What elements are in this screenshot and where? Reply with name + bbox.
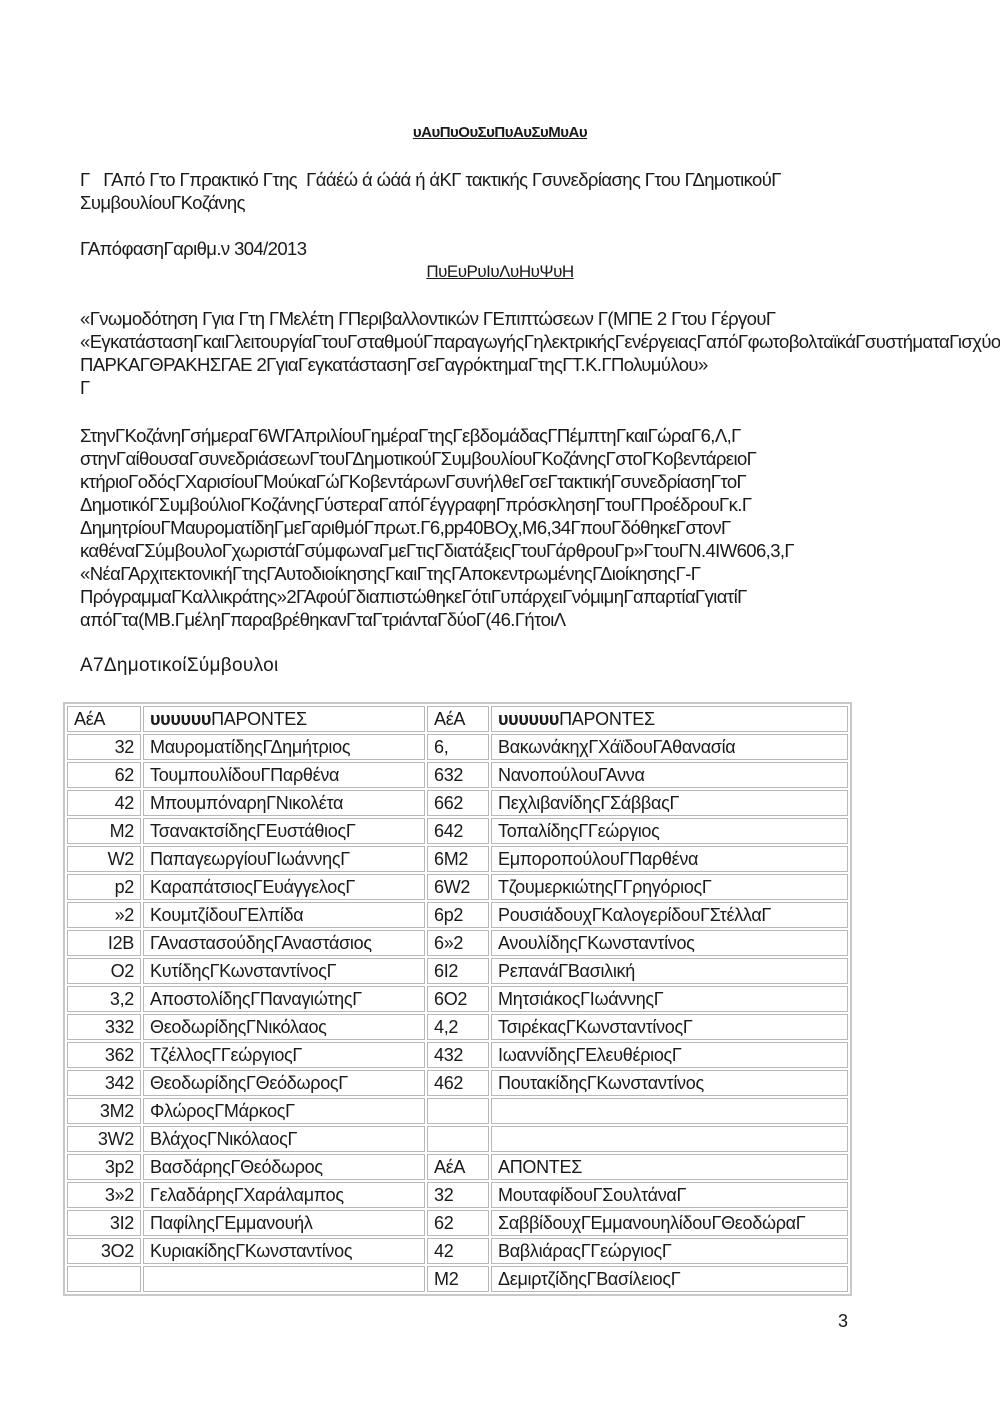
member-number: p2 [67,874,141,900]
member-name: ΡεπανάΓΒασιλική [491,958,848,984]
section-heading: Α7ΔημοτικοίΣύμβουλοι [80,655,279,677]
member-number: 6W2 [427,874,489,900]
table-row: Ο2ΚυτίδηςΓΚωνσταντίνοςΓ6Ι2ΡεπανάΓΒασιλικ… [67,958,848,984]
member-number: 642 [427,818,489,844]
member-number: 342 [67,1070,141,1096]
member-number: Μ2 [67,818,141,844]
member-number: 3Μ2 [67,1098,141,1124]
member-name: ΚυτίδηςΓΚωνσταντίνοςΓ [143,958,425,984]
table-row: Μ2ΔεμιρτζίδηςΓΒασίλειοςΓ [67,1266,848,1292]
member-number: »2 [67,902,141,928]
num-header-right: ΑέΑ [427,706,489,732]
member-name: ΜουταφίδουΓΣουλτάναΓ [491,1182,848,1208]
table-row: 332ΘεοδωρίδηςΓΝικόλαος4,2ΤσιρέκαςΓΚωνστα… [67,1014,848,1040]
member-number: 42 [67,790,141,816]
member-name: ΤσανακτσίδηςΓΕυστάθιοςΓ [143,818,425,844]
member-number [427,1126,489,1152]
member-name: ΜητσιάκοςΓΙωάννηςΓ [491,986,848,1012]
table-row: 342ΘεοδωρίδηςΓΘεόδωροςΓ462ΠουτακίδηςΓΚων… [67,1070,848,1096]
member-number: 6Ο2 [427,986,489,1012]
member-name [491,1126,848,1152]
header-label: ΠΑΡΟΝΤΕΣ [211,709,307,729]
header-prefix: υυυυυυ [498,709,559,729]
table-row: 62ΤουμπουλίδουΓΠαρθένα632ΝανοπούλουΓΑννα [67,762,848,788]
member-number: 6»2 [427,930,489,956]
table-row: Μ2ΤσανακτσίδηςΓΕυστάθιοςΓ642ΤοπαλίδηςΓΓε… [67,818,848,844]
table-row: 3Ο2ΚυριακίδηςΓΚωνσταντίνος42ΒαβλιάραςΓΓε… [67,1238,848,1264]
member-name: ΚυριακίδηςΓΚωνσταντίνος [143,1238,425,1264]
member-number: 6Ι2 [427,958,489,984]
header-label: ΠΑΡΟΝΤΕΣ [559,709,655,729]
member-name: ΜπουμπόναρηΓΝικολέτα [143,790,425,816]
member-name: ΙωαννίδηςΓΕλευθέριοςΓ [491,1042,848,1068]
member-name: ΓελαδάρηςΓΧαράλαμπος [143,1182,425,1208]
present-header-left: υυυυυυΠΑΡΟΝΤΕΣ [143,706,425,732]
member-name [143,1266,425,1292]
session-paragraph: ΣτηνΓΚοζάνηΓσήμεραΓ6WΓΑπριλίουΓημέραΓτης… [80,424,880,631]
table-row: 3W2ΒλάχοςΓΝικόλαοςΓ [67,1126,848,1152]
document-page: υΑυΠυΟυΣυΠυΑυΣυΜυΑυ Γ ΓΑπό Γτο Γπρακτικό… [0,0,1000,1415]
table-header-row: ΑέΑ υυυυυυΠΑΡΟΝΤΕΣ ΑέΑ υυυυυυΠΑΡΟΝΤΕΣ [67,706,848,732]
present-header-right: υυυυυυΠΑΡΟΝΤΕΣ [491,706,848,732]
member-name: ΤουμπουλίδουΓΠαρθένα [143,762,425,788]
member-name: ΚουμτζίδουΓΕλπίδα [143,902,425,928]
decision-number: ΓΑπόφασηΓαριθμ.ν 304/2013 [80,237,880,260]
member-name: ΚαραπάτσιοςΓΕυάγγελοςΓ [143,874,425,900]
header-prefix: υυυυυυ [150,709,211,729]
table-row: 42ΜπουμπόναρηΓΝικολέτα662ΠεχλιβανίδηςΓΣά… [67,790,848,816]
member-number: 3Ι2 [67,1210,141,1236]
member-name: ΒασδάρηςΓΘεόδωρος [143,1154,425,1180]
member-name: ΦλώροςΓΜάρκοςΓ [143,1098,425,1124]
table-row: 3p2ΒασδάρηςΓΘεόδωροςΑέΑΑΠΟΝΤΕΣ [67,1154,848,1180]
member-name: ΠαπαγεωργίουΓΙωάννηςΓ [143,846,425,872]
member-name [491,1098,848,1124]
member-number: 6Μ2 [427,846,489,872]
member-name: ΠαφίληςΓΕμμανουήλ [143,1210,425,1236]
member-name: ΝανοπούλουΓΑννα [491,762,848,788]
council-members-table: ΑέΑ υυυυυυΠΑΡΟΝΤΕΣ ΑέΑ υυυυυυΠΑΡΟΝΤΕΣ 32… [63,702,852,1296]
member-number: W2 [67,846,141,872]
member-name: ΡουσιάδουχΓΚαλογερίδουΓΣτέλλαΓ [491,902,848,928]
member-number: 62 [427,1210,489,1236]
page-number: 3 [838,1311,848,1332]
table-row: 3Ι2ΠαφίληςΓΕμμανουήλ62ΣαββίδουχΓΕμμανουη… [67,1210,848,1236]
table-row: 3Μ2ΦλώροςΓΜάρκοςΓ [67,1098,848,1124]
member-name: ΑποστολίδηςΓΠαναγιώτηςΓ [143,986,425,1012]
member-number: 3Ο2 [67,1238,141,1264]
member-number: 62 [67,762,141,788]
member-name: ΘεοδωρίδηςΓΝικόλαος [143,1014,425,1040]
member-name: ΤσιρέκαςΓΚωνσταντίνοςΓ [491,1014,848,1040]
member-number: 4,2 [427,1014,489,1040]
member-name: ΠουτακίδηςΓΚωνσταντίνος [491,1070,848,1096]
member-name: ΤζέλλοςΓΓεώργιοςΓ [143,1042,425,1068]
member-name: ΠεχλιβανίδηςΓΣάββαςΓ [491,790,848,816]
member-number [67,1266,141,1292]
member-name: ΓΑναστασούδηςΓΑναστάσιος [143,930,425,956]
member-number: 3»2 [67,1182,141,1208]
member-number: Ι2Β [67,930,141,956]
member-number: ΑέΑ [427,1154,489,1180]
table-row: 3,2ΑποστολίδηςΓΠαναγιώτηςΓ6Ο2ΜητσιάκοςΓΙ… [67,986,848,1012]
member-name: ΒαβλιάραςΓΓεώργιοςΓ [491,1238,848,1264]
document-title: υΑυΠυΟυΣυΠυΑυΣυΜυΑυ [0,124,1000,141]
member-number: 32 [427,1182,489,1208]
member-number: 3,2 [67,986,141,1012]
member-number: 362 [67,1042,141,1068]
subject-heading: ΠυΕυΡυΙυΛυΗυΨυΗ [0,262,1000,282]
num-header-left: ΑέΑ [67,706,141,732]
member-number: 432 [427,1042,489,1068]
member-name: ΣαββίδουχΓΕμμανουηλίδουΓΘεοδώραΓ [491,1210,848,1236]
member-number: 662 [427,790,489,816]
member-name: ΑνουλίδηςΓΚωνσταντίνος [491,930,848,956]
member-number: 3p2 [67,1154,141,1180]
table-row: 362ΤζέλλοςΓΓεώργιοςΓ432ΙωαννίδηςΓΕλευθέρ… [67,1042,848,1068]
member-number: 6p2 [427,902,489,928]
member-number: 632 [427,762,489,788]
member-name: ΔεμιρτζίδηςΓΒασίλειοςΓ [491,1266,848,1292]
member-name: ΤοπαλίδηςΓΓεώργιος [491,818,848,844]
member-name: ΒλάχοςΓΝικόλαοςΓ [143,1126,425,1152]
table-row: Ι2ΒΓΑναστασούδηςΓΑναστάσιος6»2ΑνουλίδηςΓ… [67,930,848,956]
table-row: W2ΠαπαγεωργίουΓΙωάννηςΓ6Μ2ΕμποροπούλουΓΠ… [67,846,848,872]
member-number [427,1098,489,1124]
member-name: ΕμποροπούλουΓΠαρθένα [491,846,848,872]
table-row: »2ΚουμτζίδουΓΕλπίδα6p2ΡουσιάδουχΓΚαλογερ… [67,902,848,928]
member-name: ΘεοδωρίδηςΓΘεόδωροςΓ [143,1070,425,1096]
member-name: ΤζουμερκιώτηςΓΓρηγόριοςΓ [491,874,848,900]
intro-paragraph: Γ ΓΑπό Γτο Γπρακτικό Γτης Γάάέώ ά ώάά ή … [80,168,880,214]
member-number: 462 [427,1070,489,1096]
member-number: Μ2 [427,1266,489,1292]
member-number: 32 [67,734,141,760]
member-name: ΜαυροματίδηςΓΔημήτριος [143,734,425,760]
member-number: 42 [427,1238,489,1264]
table-row: 3»2ΓελαδάρηςΓΧαράλαμπος32ΜουταφίδουΓΣουλ… [67,1182,848,1208]
member-number: 3W2 [67,1126,141,1152]
member-number: 6, [427,734,489,760]
member-name: ΒακωνάκηχΓΧάϊδουΓΑθανασία [491,734,848,760]
opinion-paragraph: «Γνωμοδότηση Γγια Γτη ΓΜελέτη ΓΠεριβαλλο… [80,307,880,399]
member-number: 332 [67,1014,141,1040]
member-number: Ο2 [67,958,141,984]
table-row: 32ΜαυροματίδηςΓΔημήτριος6,ΒακωνάκηχΓΧάϊδ… [67,734,848,760]
member-name: ΑΠΟΝΤΕΣ [491,1154,848,1180]
table-row: p2ΚαραπάτσιοςΓΕυάγγελοςΓ6W2Τζουμερκιώτης… [67,874,848,900]
